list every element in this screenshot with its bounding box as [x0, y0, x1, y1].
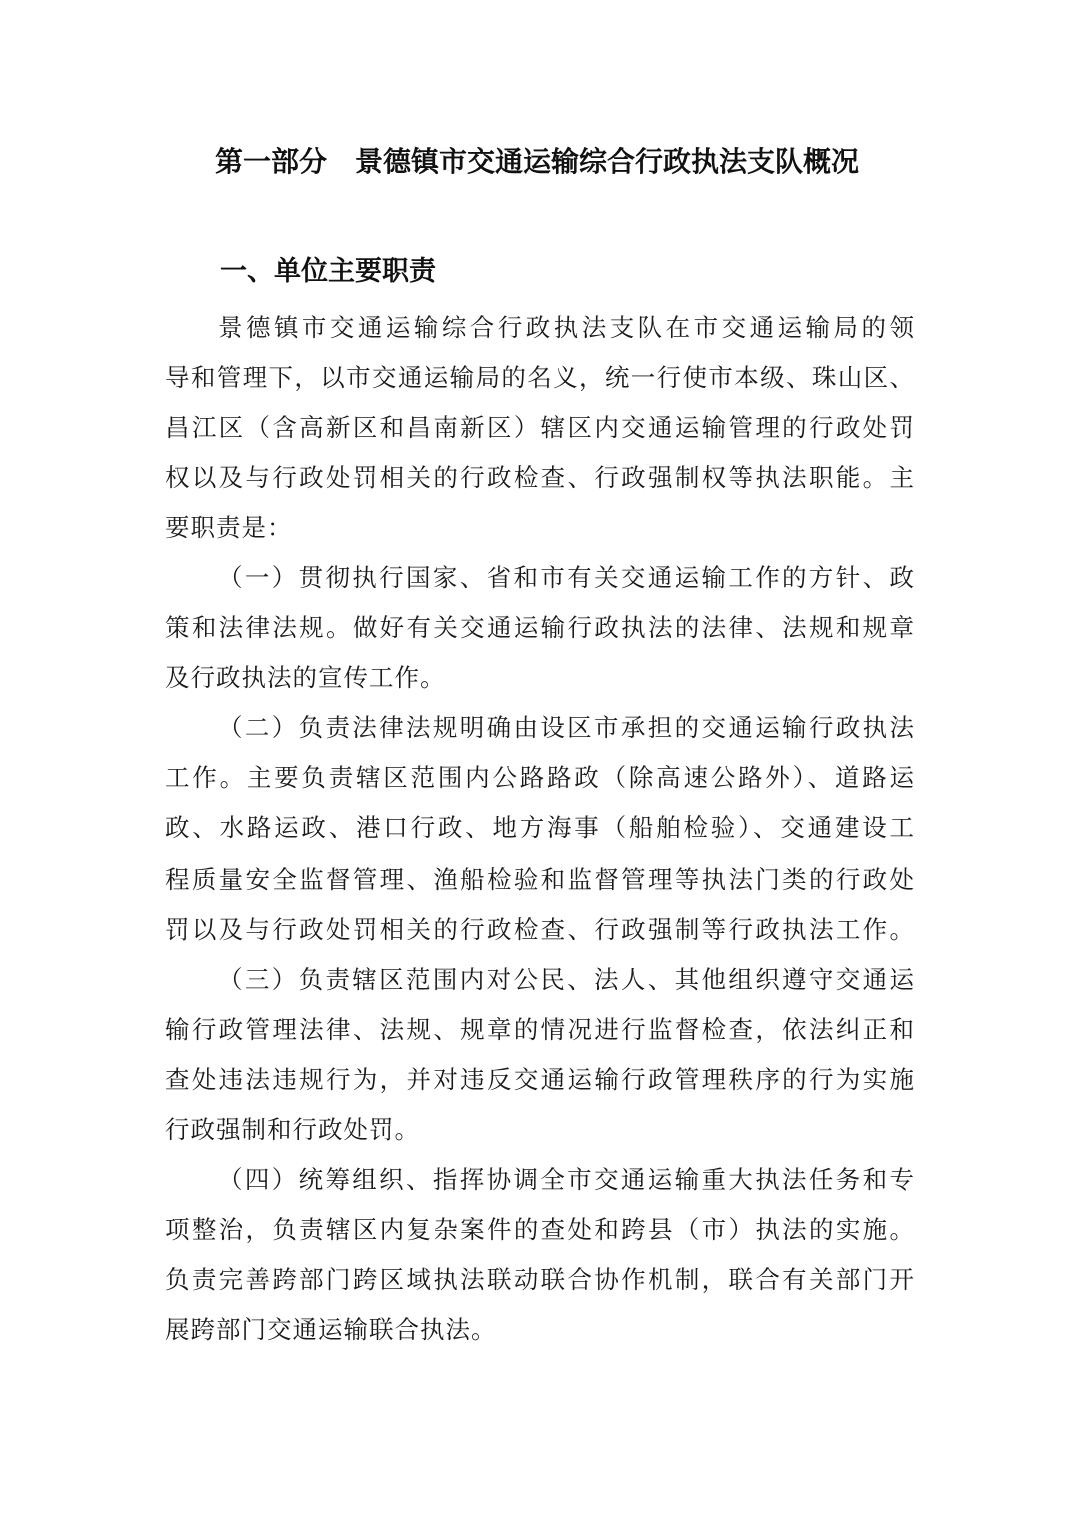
- paragraph-line: 展跨部门交通运输联合执法。: [165, 1312, 915, 1348]
- paragraph-line: 景德镇市交通运输综合行政执法支队在市交通运输局的领: [218, 310, 915, 346]
- paragraph-line: 策和法律法规。做好有关交通运输行政执法的法律、法规和规章: [165, 610, 915, 646]
- paragraph-line: 要职责是：: [165, 510, 915, 546]
- paragraph-line: 输行政管理法律、法规、规章的情况进行监督检查，依法纠正和: [165, 1012, 915, 1048]
- paragraph-line: 项整治，负责辖区内复杂案件的查处和跨县（市）执法的实施。: [165, 1212, 915, 1248]
- paragraph-line: 负责完善跨部门跨区域执法联动联合协作机制，联合有关部门开: [165, 1262, 915, 1298]
- paragraph-line: 查处违法违规行为，并对违反交通运输行政管理秩序的行为实施: [165, 1062, 915, 1098]
- title-part: 第一部分: [215, 145, 327, 178]
- paragraph-line: 罚以及与行政处罚相关的行政检查、行政强制等行政执法工作。: [165, 912, 915, 948]
- document-page: 第一部分景德镇市交通运输综合行政执法支队概况 一、单位主要职责 景德镇市交通运输…: [0, 0, 1074, 1520]
- paragraph-line: （二）负责法律法规明确由设区市承担的交通运输行政执法: [218, 710, 915, 746]
- page-title: 第一部分景德镇市交通运输综合行政执法支队概况: [0, 140, 1074, 184]
- paragraph-line: 及行政执法的宣传工作。: [165, 660, 915, 696]
- paragraph-line: 行政强制和行政处罚。: [165, 1112, 915, 1148]
- section-heading: 一、单位主要职责: [220, 252, 436, 292]
- paragraph-line: 昌江区（含高新区和昌南新区）辖区内交通运输管理的行政处罚: [165, 410, 915, 446]
- paragraph-line: （四）统筹组织、指挥协调全市交通运输重大执法任务和专: [218, 1162, 915, 1198]
- paragraph-line: 导和管理下，以市交通运输局的名义，统一行使市本级、珠山区、: [165, 360, 915, 396]
- paragraph-line: 权以及与行政处罚相关的行政检查、行政强制权等执法职能。主: [165, 460, 915, 496]
- paragraph-line: （三）负责辖区范围内对公民、法人、其他组织遵守交通运: [218, 962, 915, 998]
- paragraph-line: 工作。主要负责辖区范围内公路路政（除高速公路外）、道路运: [165, 760, 915, 796]
- paragraph-line: （一）贯彻执行国家、省和市有关交通运输工作的方针、政: [218, 560, 915, 596]
- paragraph-line: 程质量安全监督管理、渔船检验和监督管理等执法门类的行政处: [165, 862, 915, 898]
- paragraph-line: 政、水路运政、港口行政、地方海事（船舶检验）、交通建设工: [165, 810, 915, 846]
- title-main: 景德镇市交通运输综合行政执法支队概况: [355, 145, 859, 178]
